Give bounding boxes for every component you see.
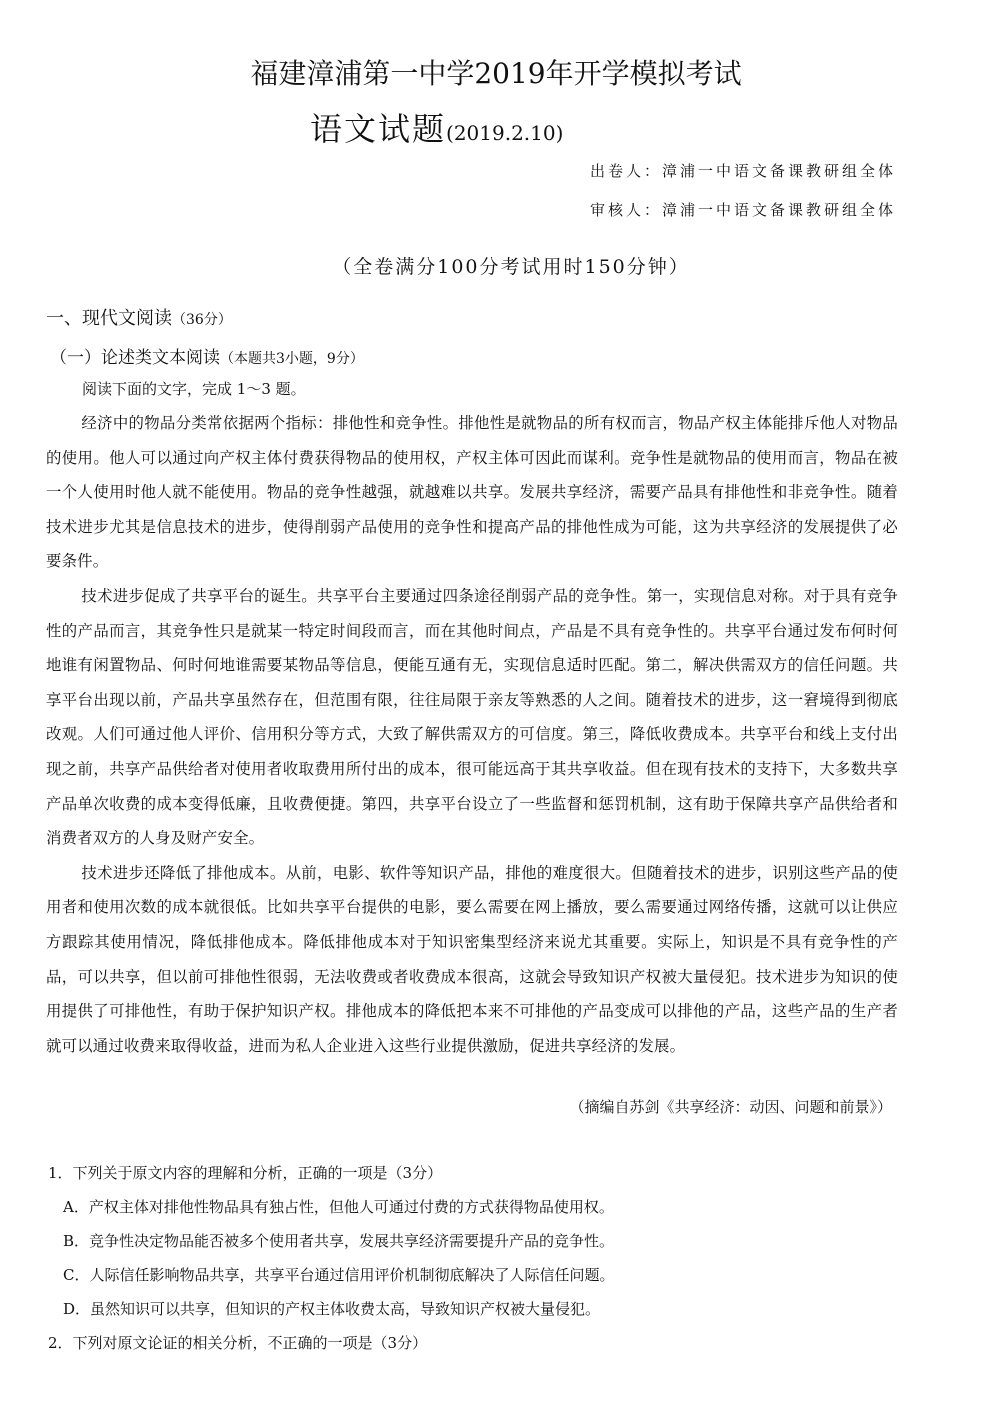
- subsection-note: （本题共3小题，9分）: [220, 351, 364, 367]
- option-c: C．人际信任影响物品共享，共享平台通过信用评价机制彻底解决了人际信任问题。: [48, 1262, 614, 1296]
- passage-source: （摘编自苏剑《共享经济：动因、问题和前景》）: [569, 1096, 892, 1117]
- subsection-heading: （一）论述类文本阅读（本题共3小题，9分）: [50, 343, 364, 368]
- question-list: 1．下列关于原文内容的理解和分析，正确的一项是（3分） A．产权主体对排他性物品…: [48, 1160, 614, 1364]
- section-heading: 一、现代文阅读（36分）: [46, 304, 232, 330]
- passage-paragraph: 经济中的物品分类常依据两个指标：排他性和竞争性。排他性是就物品的所有权而言，物品…: [46, 406, 898, 579]
- author-line: 出卷人：漳浦一中语文备课教研组全体: [590, 160, 896, 181]
- full-score-note: （全卷满分100分考试用时150分钟）: [0, 252, 992, 279]
- passage-paragraph: 技术进步还降低了排他成本。从前，电影、软件等知识产品，排他的难度很大。但随着技术…: [46, 856, 898, 1064]
- exam-date: (2019.2.10): [446, 121, 563, 145]
- section-heading-text: 一、现代文阅读: [46, 308, 172, 329]
- question-stem: 2．下列对原文论证的相关分析，不正确的一项是（3分）: [48, 1330, 614, 1364]
- reviewer-line: 审核人：漳浦一中语文备课教研组全体: [590, 199, 896, 220]
- question-stem: 1．下列关于原文内容的理解和分析，正确的一项是（3分）: [48, 1160, 614, 1194]
- reading-instruction: 阅读下面的文字，完成 1～3 题。: [82, 378, 306, 399]
- subject-title: 语文试题(2019.2.10): [310, 104, 563, 150]
- option-d: D．虽然知识可以共享，但知识的产权主体收费太高，导致知识产权被大量侵犯。: [48, 1296, 614, 1330]
- option-b: B．竞争性决定物品能否被多个使用者共享，发展共享经济需要提升产品的竞争性。: [48, 1228, 614, 1262]
- section-score: （36分）: [172, 312, 232, 328]
- passage-paragraph: 技术进步促成了共享平台的诞生。共享平台主要通过四条途径削弱产品的竞争性。第一，实…: [46, 579, 898, 856]
- subsection-heading-text: （一）论述类文本阅读: [50, 348, 220, 368]
- subject-title-text: 语文试题: [310, 110, 446, 148]
- option-a: A．产权主体对排他性物品具有独占性，但他人可通过付费的方式获得物品使用权。: [48, 1194, 614, 1228]
- reading-passage: 经济中的物品分类常依据两个指标：排他性和竞争性。排他性是就物品的所有权而言，物品…: [46, 406, 898, 1063]
- school-exam-title: 福建漳浦第一中学2019年开学模拟考试: [0, 52, 992, 92]
